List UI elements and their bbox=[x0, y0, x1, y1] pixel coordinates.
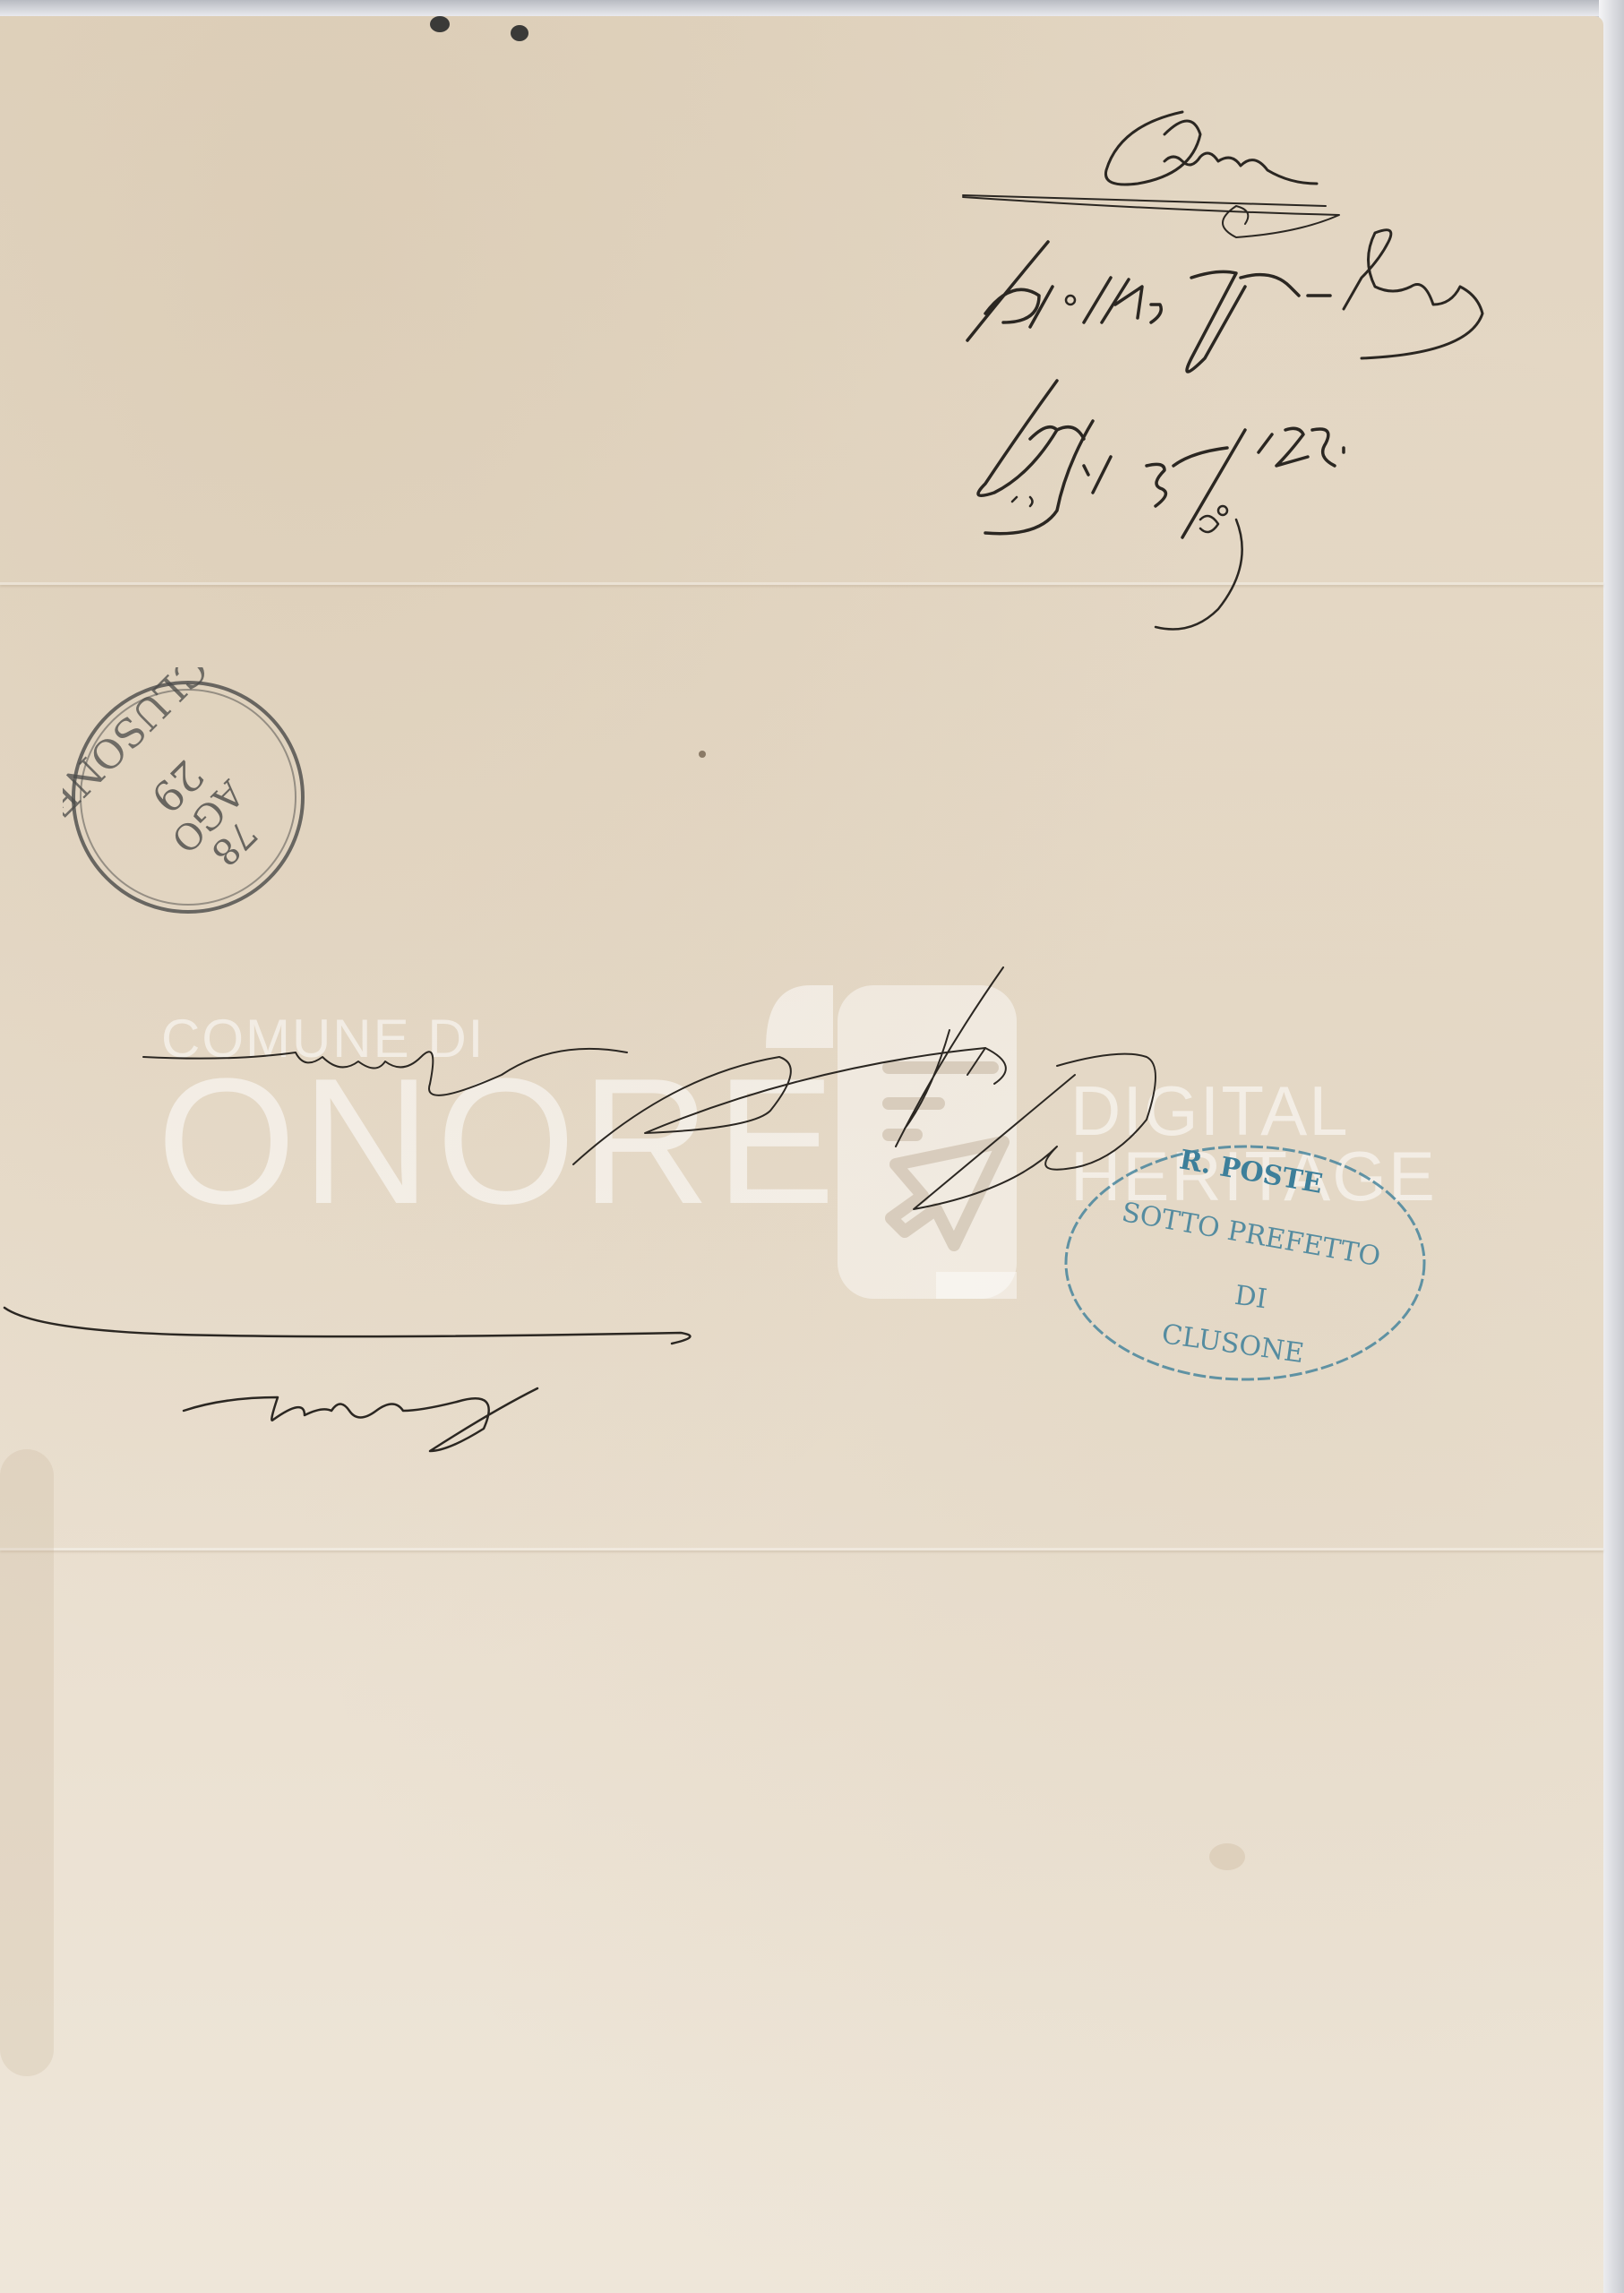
scroll-with-cursor-icon bbox=[748, 976, 1035, 1317]
stamp-line-3: CLUSONE bbox=[1160, 1318, 1306, 1370]
paper-stain bbox=[1209, 1843, 1245, 1870]
ink-blot bbox=[511, 25, 528, 41]
stamp-line-2: DI bbox=[1233, 1280, 1268, 1316]
watermark-onore: ONORE bbox=[157, 1039, 840, 1245]
handwritten-address-signature: Sindaco di bbox=[269, 1057, 273, 1058]
clusone-postmark: 29 AGO 78 CLUSONE bbox=[63, 667, 314, 927]
scanner-edge-top bbox=[0, 0, 1624, 16]
handwritten-address-place: Onore bbox=[224, 1406, 227, 1407]
stamp-line-1: SOTTO PREFETTO bbox=[1120, 1197, 1383, 1273]
paper-speck bbox=[699, 751, 706, 758]
fold-line bbox=[0, 1548, 1603, 1550]
fold-line bbox=[0, 582, 1603, 585]
handwritten-protocol-number: N.° 1443. Ufficio Pubbl. bbox=[985, 287, 996, 288]
handwritten-header: Onore bbox=[1111, 134, 1113, 135]
sotto-prefetto-stamp: R. POSTE SOTTO PREFETTO DI CLUSONE bbox=[1057, 1129, 1433, 1397]
edge-wear bbox=[0, 1449, 54, 2076]
ink-blot bbox=[430, 16, 450, 32]
handwritten-date: Clusone il 30/8° 1878. bbox=[985, 448, 995, 449]
